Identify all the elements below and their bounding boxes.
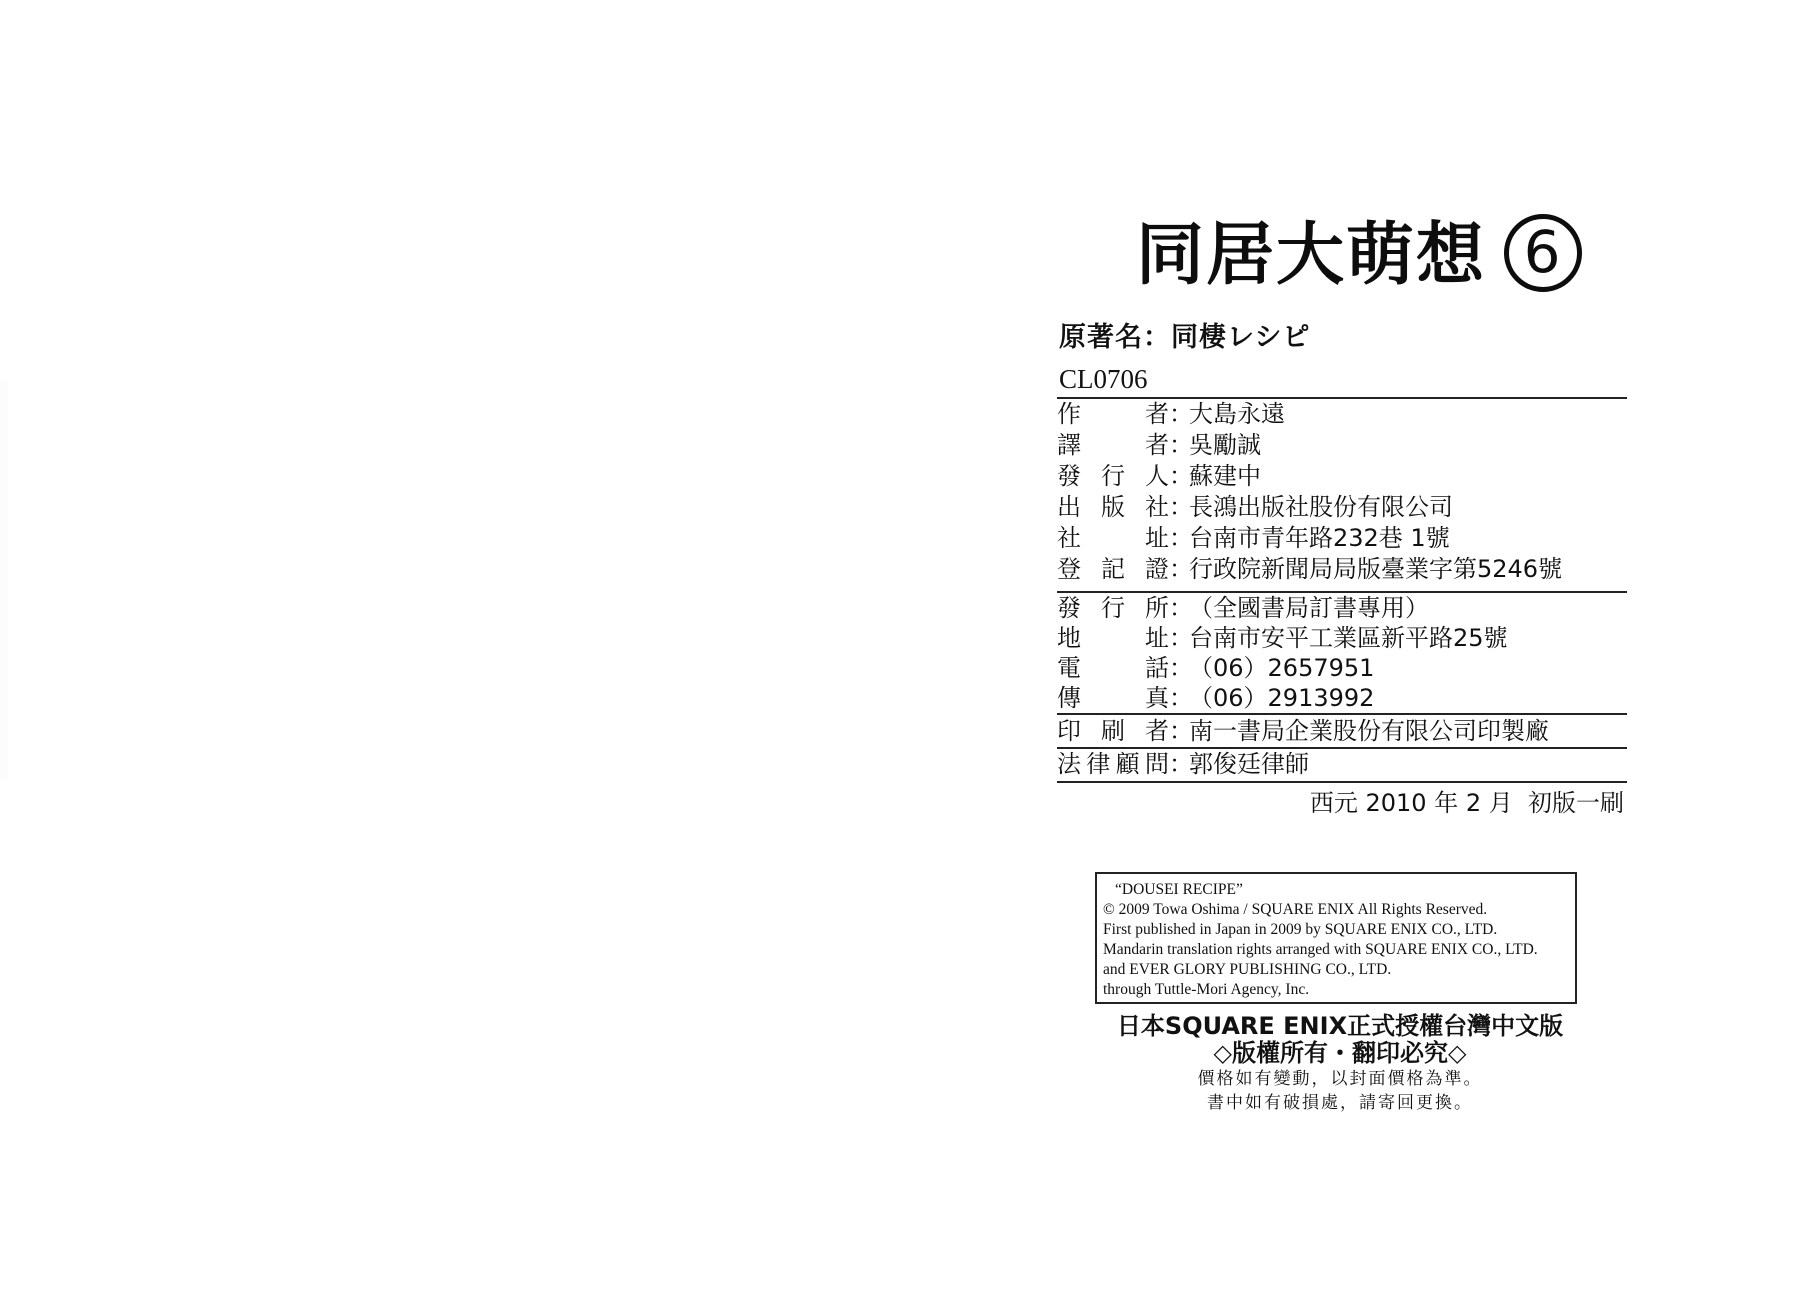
copyright-line: © 2009 Towa Oshima / SQUARE ENIX All Rig… <box>1103 900 1575 920</box>
info-label: 地 址 <box>1057 624 1169 652</box>
info-value: 大島永遠 <box>1189 400 1285 428</box>
left-page-blank <box>0 0 900 1309</box>
info-row-author: 作 者：大島永遠 <box>1057 400 1285 428</box>
info-value: 行政院新聞局局版臺業字第5246號 <box>1189 555 1562 583</box>
info-label: 發行人 <box>1057 462 1169 490</box>
info-label: 發行所 <box>1057 594 1169 622</box>
info-value: （全國書局訂書專用） <box>1189 594 1429 622</box>
colon: ： <box>1169 462 1189 490</box>
copyright-line: “DOUSEI RECIPE” <box>1103 880 1575 900</box>
info-value: 郭俊廷律師 <box>1189 750 1309 778</box>
divider-rule <box>1057 781 1627 783</box>
colon: ： <box>1169 654 1189 682</box>
info-row-legal-counsel: 法律顧問：郭俊廷律師 <box>1057 750 1309 778</box>
info-value: 蘇建中 <box>1189 462 1261 490</box>
divider-rule <box>1057 747 1627 749</box>
info-row-issuer: 發行人：蘇建中 <box>1057 462 1261 490</box>
info-label: 作 者 <box>1057 400 1169 428</box>
info-row-publisher-address: 社 址：台南市青年路232巷 1號 <box>1057 524 1450 552</box>
info-value: （06）2913992 <box>1189 684 1374 712</box>
colon: ： <box>1169 524 1189 552</box>
colon: ： <box>1143 322 1171 353</box>
book-title: 同居大萌想6 <box>1136 216 1582 298</box>
rights-reserved: ◇版權所有・翻印必究◇ <box>1090 1039 1590 1067</box>
copyright-line: through Tuttle-Mori Agency, Inc. <box>1103 980 1575 1000</box>
colon: ： <box>1169 750 1189 778</box>
page-edge-shadow <box>0 380 8 780</box>
colon: ： <box>1169 684 1189 712</box>
info-row-registration: 登記證：行政院新聞局局版臺業字第5246號 <box>1057 555 1562 583</box>
original-title-label: 原著名 <box>1059 322 1143 353</box>
info-label: 譯 者 <box>1057 431 1169 459</box>
copyright-line: First published in Japan in 2009 by SQUA… <box>1103 920 1575 940</box>
info-row-distributor-address: 地 址：台南市安平工業區新平路25號 <box>1057 624 1508 652</box>
info-row-printer: 印刷者：南一書局企業股份有限公司印製廠 <box>1057 717 1549 745</box>
damage-return-note: 書中如有破損處，請寄回更換。 <box>1090 1092 1590 1114</box>
colon: ： <box>1169 624 1189 652</box>
info-label: 電 話 <box>1057 654 1169 682</box>
colon: ： <box>1169 594 1189 622</box>
divider-rule <box>1057 713 1627 715</box>
colon: ： <box>1169 717 1189 745</box>
license-statement: 日本SQUARE ENIX正式授權台灣中文版 <box>1090 1012 1590 1040</box>
edition-date: 西元 2010 年 2 月 初版一刷 <box>1270 788 1624 818</box>
info-row-distributor: 發行所：（全國書局訂書專用） <box>1057 594 1429 622</box>
info-row-translator: 譯 者：吳勵誠 <box>1057 431 1261 459</box>
info-value: （06）2657951 <box>1189 654 1374 682</box>
info-label: 法律顧問 <box>1057 750 1169 778</box>
colon: ： <box>1169 493 1189 521</box>
copyright-line: Mandarin translation rights arranged wit… <box>1103 940 1575 960</box>
info-label: 印刷者 <box>1057 717 1169 745</box>
info-value: 南一書局企業股份有限公司印製廠 <box>1189 717 1549 745</box>
info-value: 台南市安平工業區新平路25號 <box>1189 624 1508 652</box>
info-row-publisher: 出版社：長鴻出版社股份有限公司 <box>1057 493 1453 521</box>
info-label: 出版社 <box>1057 493 1169 521</box>
info-row-fax: 傳 真：（06）2913992 <box>1057 684 1374 712</box>
copyright-box: “DOUSEI RECIPE” © 2009 Towa Oshima / SQU… <box>1095 872 1577 1004</box>
divider-rule <box>1057 591 1627 593</box>
copyright-line: and EVER GLORY PUBLISHING CO., LTD. <box>1103 960 1575 980</box>
colon: ： <box>1169 555 1189 583</box>
volume-number-circle: 6 <box>1504 214 1582 292</box>
colon: ： <box>1169 431 1189 459</box>
info-value: 長鴻出版社股份有限公司 <box>1189 493 1453 521</box>
info-label: 登記證 <box>1057 555 1169 583</box>
original-title-line: 原著名：同棲レシピ <box>1059 322 1310 354</box>
price-note: 價格如有變動，以封面價格為準。 <box>1090 1068 1590 1090</box>
original-title-value: 同棲レシピ <box>1171 322 1310 353</box>
colon: ： <box>1169 400 1189 428</box>
book-title-text: 同居大萌想 <box>1136 216 1486 295</box>
divider-rule <box>1057 397 1627 399</box>
info-label: 社 址 <box>1057 524 1169 552</box>
catalog-code: CL0706 <box>1059 364 1148 394</box>
info-label: 傳 真 <box>1057 684 1169 712</box>
info-value: 台南市青年路232巷 1號 <box>1189 524 1450 552</box>
info-value: 吳勵誠 <box>1189 431 1261 459</box>
info-row-phone: 電 話：（06）2657951 <box>1057 654 1374 682</box>
